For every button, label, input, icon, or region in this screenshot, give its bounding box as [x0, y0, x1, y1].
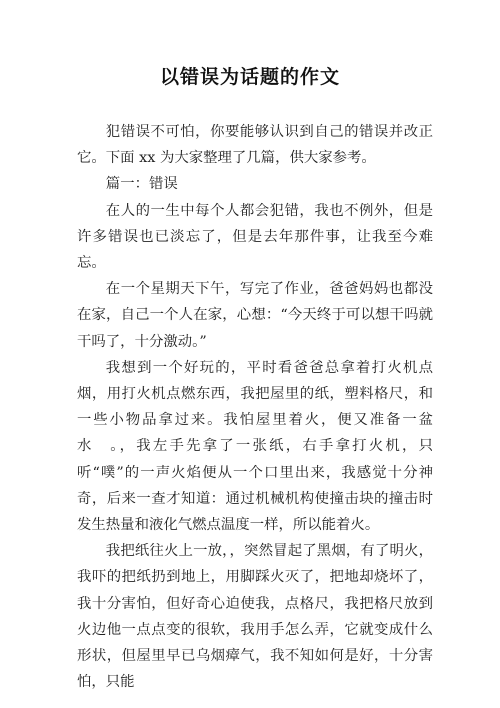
body-paragraph: 在一个星期天下午，写完了作业，爸爸妈妈也都没在家，自己一个人在家，心想：“今天终… — [77, 276, 433, 355]
document-title: 以错误为话题的作文 — [0, 62, 500, 89]
intro-paragraph: 犯错误不可怕，你要能够认识到自己的错误并改正它。下面 xx 为大家整理了几篇，供… — [77, 119, 433, 171]
section-heading: 篇一：错误 — [77, 171, 433, 197]
document-page: 以错误为话题的作文 犯错误不可怕，你要能够认识到自己的错误并改正它。下面 xx … — [0, 0, 500, 708]
document-body: 犯错误不可怕，你要能够认识到自己的错误并改正它。下面 xx 为大家整理了几篇，供… — [77, 119, 433, 695]
body-paragraph: 我想到一个好玩的，平时看爸爸总拿着打火机点烟，用打火机点燃东西，我把屋里的纸，塑… — [77, 355, 433, 538]
body-paragraph: 在人的一生中每个人都会犯错，我也不例外，但是许多错误也已淡忘了，但是去年那件事，… — [77, 198, 433, 277]
body-paragraph: 我把纸往火上一放，，突然冒起了黑烟，有了明火，我吓的把纸扔到地上，用脚踩火灭了，… — [77, 538, 433, 695]
